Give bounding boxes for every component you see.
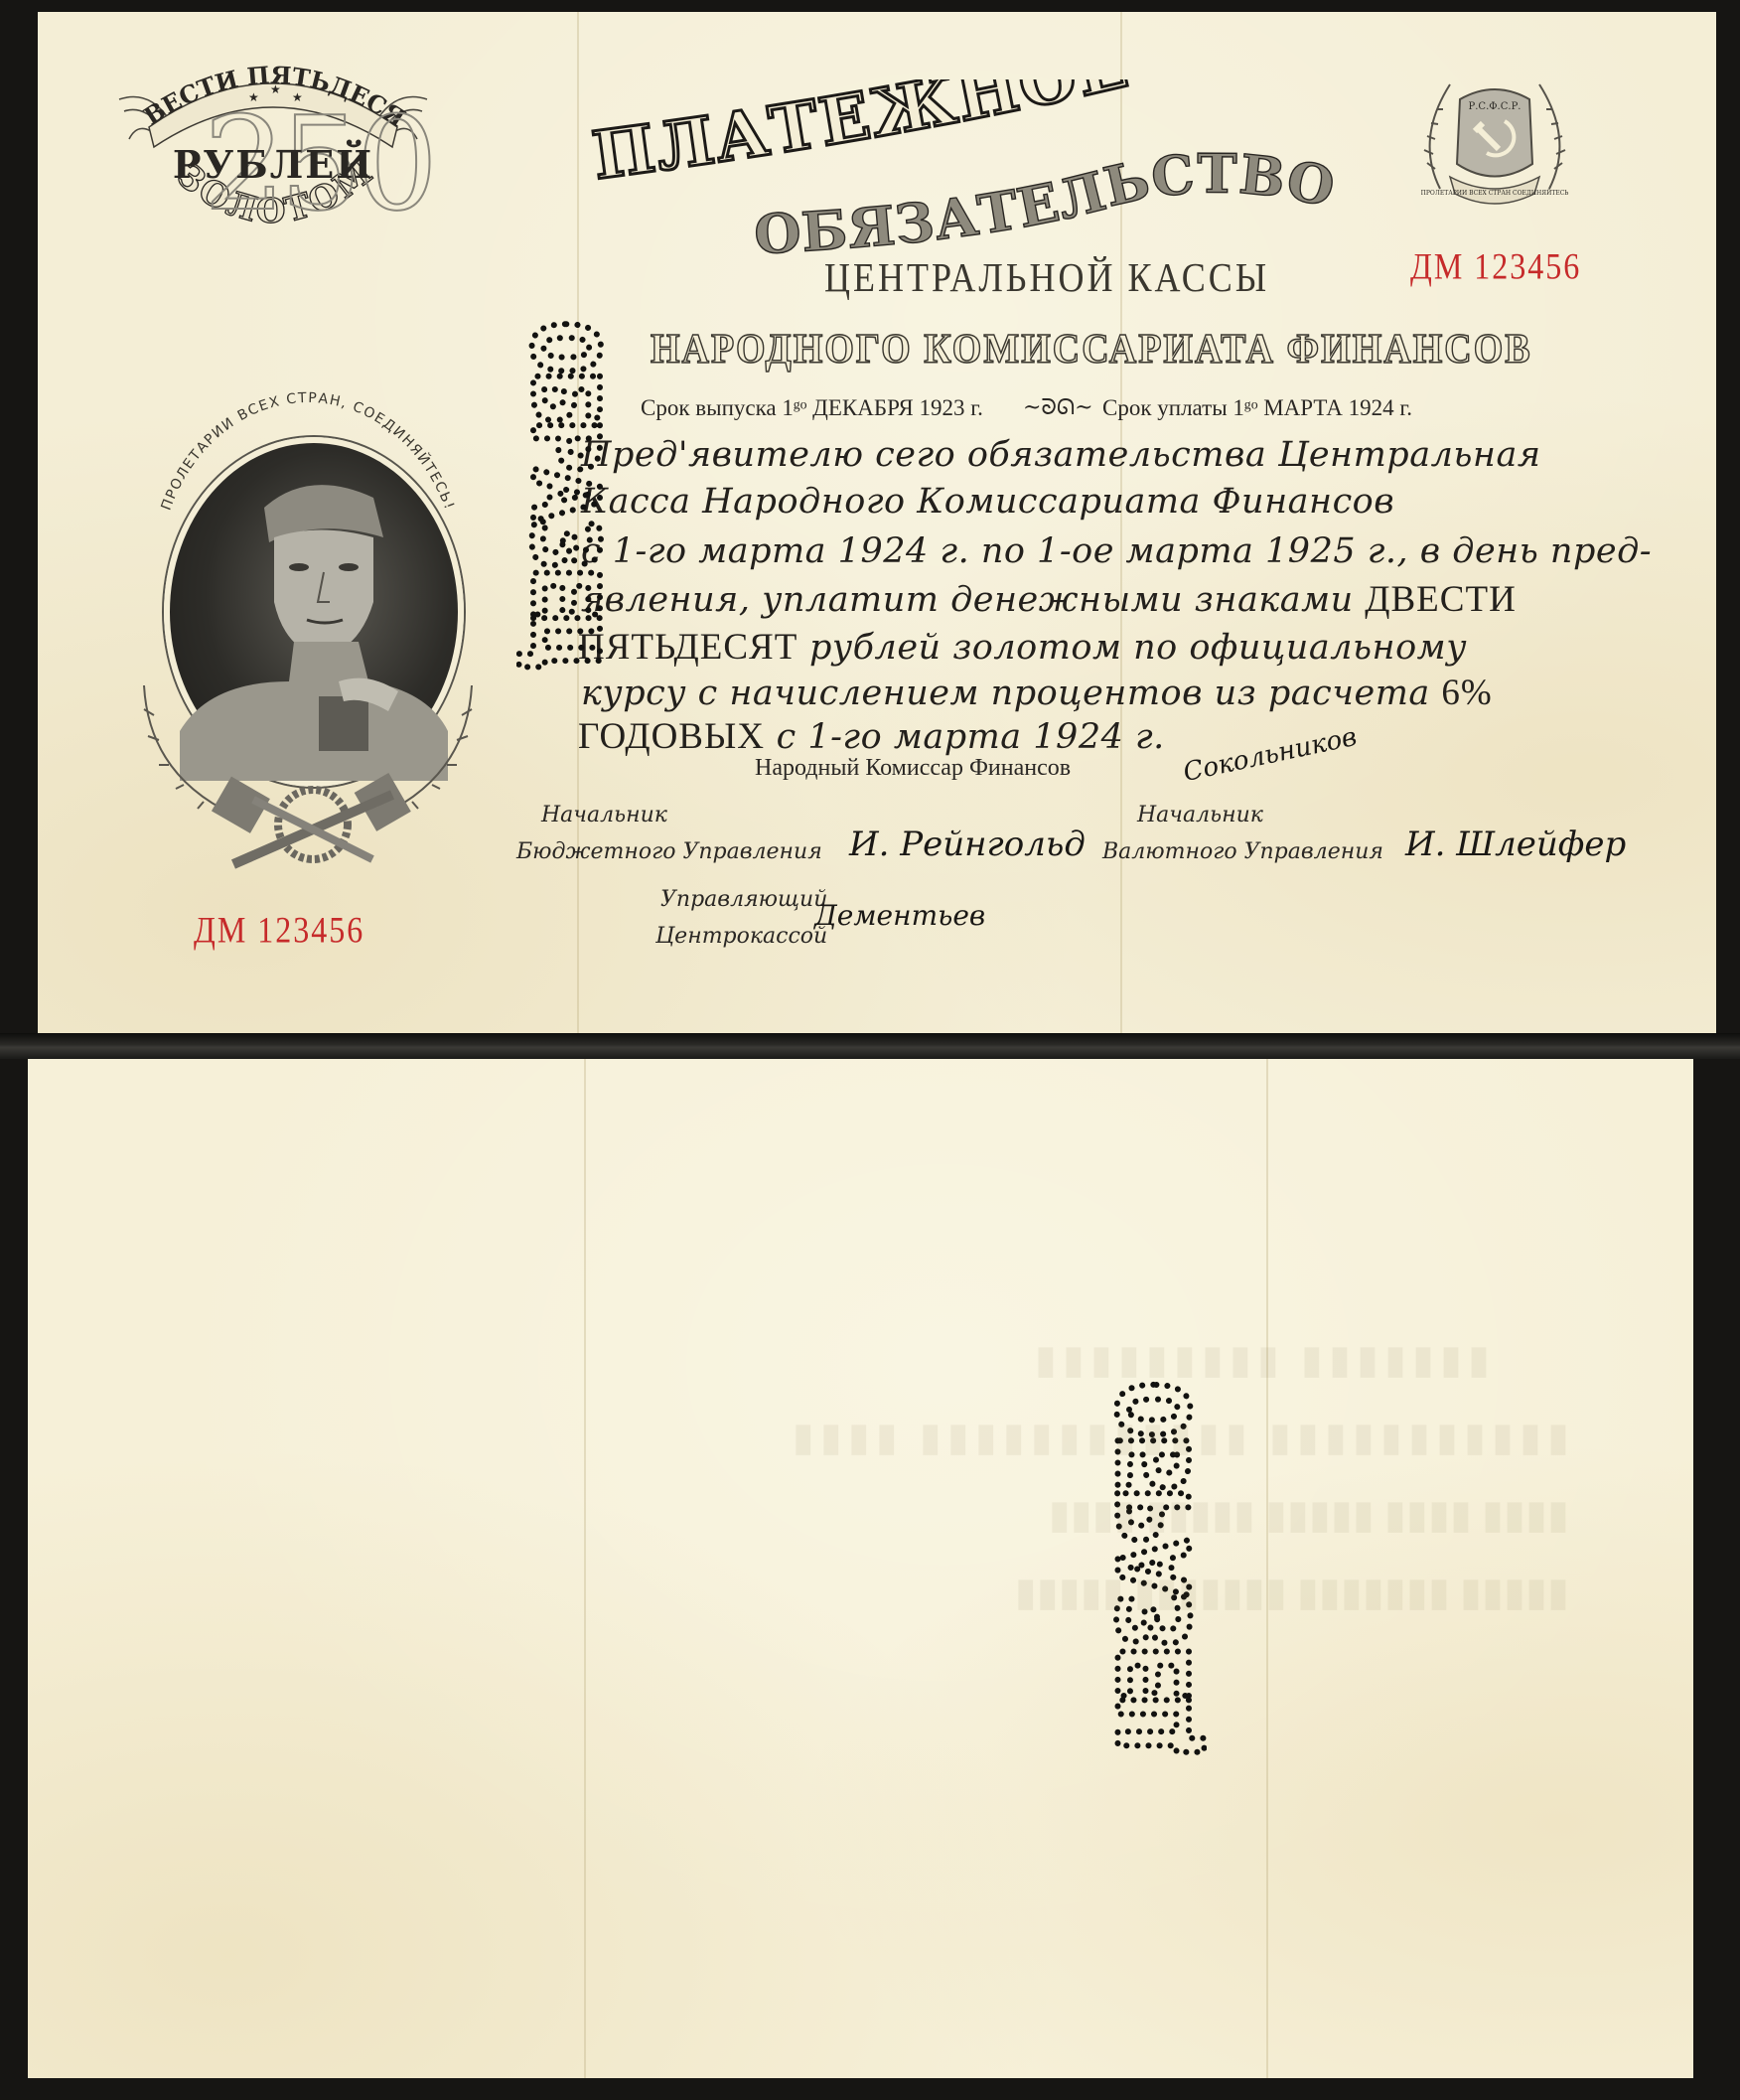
svg-text:ОБРАЗЕЦ: ОБРАЗЕЦ: [516, 320, 611, 667]
denomination-emblem: ДВЕСТИ ПЯТЬДЕСЯТ ★ ★ ★ ЗОЛОТОМ 250 РУБЛЕ…: [109, 50, 437, 248]
central-cash-signature: Дементьев: [814, 899, 985, 932]
perforated-dots-icon: ОБРАЗЕЦ: [516, 214, 611, 770]
budget-head-label-2: Бюджетного Управления: [516, 839, 822, 864]
body-line-4: явления, уплатит денежными знаками ДВЕСТ…: [581, 578, 1517, 621]
budget-head-signature: И. Рейнгольд: [849, 825, 1086, 864]
body-line-2: Касса Народного Комиссариата Финансов: [581, 482, 1394, 522]
worker-portrait: ПРОЛЕТАРИИ ВСЕХ СТРАН, СОЕДИНЯЙТЕСЬ!: [124, 368, 492, 884]
tools-laurel-icon: [124, 666, 492, 884]
specimen-perforation-front: ОБРАЗЕЦ: [516, 214, 611, 770]
svg-text:ОБЯЗАТЕЛЬСТВО: ОБЯЗАТЕЛЬСТВО: [753, 149, 1341, 266]
currency-head-label-2: Валютного Управления: [1102, 839, 1383, 864]
body-line-7: ГОДОВЫХ с 1-го марта 1924 г.: [578, 715, 1165, 758]
coat-of-arms: Р.С.Ф.С.Р. ПРОЛЕТАРИИ ВСЕХ СТРАН СОЕДИНЯ…: [1405, 70, 1584, 219]
body-line-1: Пред'явителю сего обязательства Централь…: [581, 435, 1541, 475]
svg-text:ПРОЛЕТАРИИ ВСЕХ СТРАН СОЕДИНЯЙ: ПРОЛЕТАРИИ ВСЕХ СТРАН СОЕДИНЯЙТЕСЬ: [1421, 189, 1569, 197]
svg-text:Р.С.Ф.С.Р.: Р.С.Ф.С.Р.: [1469, 101, 1522, 112]
denomination-unit: РУБЛЕЙ: [109, 142, 437, 187]
central-cash-label-2: Центрокассой: [655, 924, 827, 949]
body-line-5: ПЯТЬДЕСЯТ рублей золотом по официальному: [578, 626, 1467, 669]
ornament-icon: ~ᘐᘏ~: [1023, 395, 1093, 420]
serial-number-top: ДМ 123456: [1410, 245, 1581, 288]
currency-head-label-1: Начальник: [1137, 803, 1263, 827]
title-obyazatelstvo: ОБЯЗАТЕЛЬСТВО: [745, 149, 1341, 268]
separator-band: [0, 1033, 1740, 1059]
serial-number-bottom: ДМ 123456: [194, 909, 364, 952]
currency-head-signature: И. Шлейфер: [1405, 825, 1626, 864]
rsfsr-emblem-icon: Р.С.Ф.С.Р. ПРОЛЕТАРИИ ВСЕХ СТРАН СОЕДИНЯ…: [1405, 70, 1584, 219]
central-cash-label-1: Управляющий: [660, 887, 827, 912]
body-line-3: с 1-го марта 1924 г. по 1-ое марта 1925 …: [581, 531, 1652, 571]
subtitle-commissariat: НАРОДНОГО КОМИССАРИАТА ФИНАНСОВ: [651, 326, 1532, 374]
budget-head-label-1: Начальник: [541, 803, 667, 827]
body-line-6: курсу с начислением процентов из расчета…: [581, 672, 1493, 714]
issue-date: Срок выпуска 1ᵍᵒ ДЕКАБРЯ 1923 г.: [641, 395, 983, 421]
payment-date: Срок уплаты 1ᵍᵒ МАРТА 1924 г.: [1102, 395, 1412, 421]
commissar-label: Народный Комиссар Финансов: [755, 755, 1071, 782]
subtitle-central-cash: ЦЕНТРАЛЬНОЙ КАССЫ: [824, 253, 1269, 301]
show-through-texture: ▮▮▮▮▮▮▮ ▮▮▮▮▮▮▮▮▮ ▮▮▮▮▮▮▮▮▮▮▮ ▮▮▮▮▮▮▮▮▮▮…: [377, 1321, 1569, 1818]
